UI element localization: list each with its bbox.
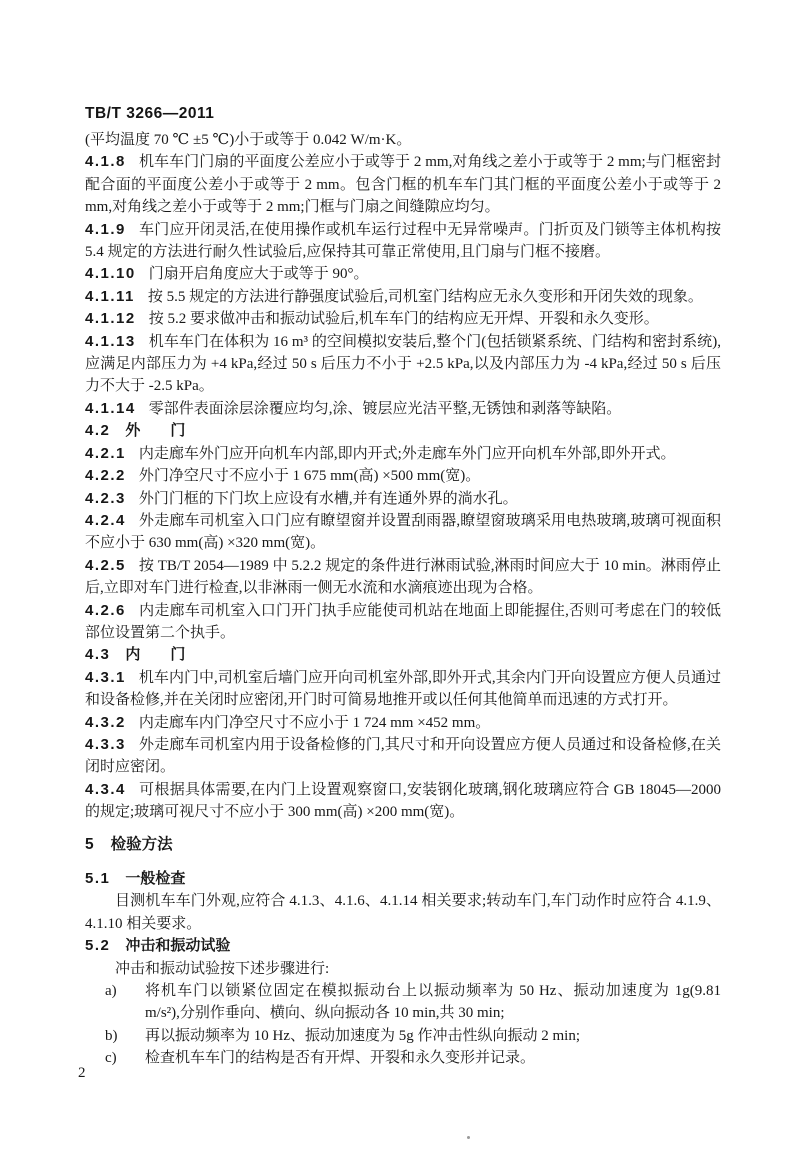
clause-text: 内走廊车司机室入口门开门执手应能使司机站在地面上即能握住,否则可考虑在门的较低部… xyxy=(85,603,721,641)
clause-text: 外走廊车司机室内用于设备检修的门,其尺寸和开向设置应方便人员通过和设备检修,在关… xyxy=(85,737,721,775)
clause-number: 4.2.2 xyxy=(85,467,126,484)
clause-text: 机车车门门扇的平面度公差应小于或等于 2 mm,对角线之差小于或等于 2 mm;… xyxy=(85,154,721,215)
clause-text: 外 门 xyxy=(125,422,185,439)
clause-number: 4.3 xyxy=(85,646,110,663)
clause-4.1.13: 4.1.13机车车门在体积为 16 m³ 的空间模拟安装后,整个门(包括锁紧系统… xyxy=(85,331,721,398)
clause-text: 门扇开启角度应大于或等于 90°。 xyxy=(149,266,369,282)
clause-4.1.9: 4.1.9车门应开闭灵活,在使用操作或机车运行过程中无异常噪声。门折页及门锁等主… xyxy=(85,219,721,264)
clause-number: 4.1.13 xyxy=(85,333,136,350)
clause-4.1.11: 4.1.11按 5.5 规定的方法进行静强度试验后,司机室门结构应无永久变形和开… xyxy=(85,286,721,308)
clause-4.2.6: 4.2.6内走廊车司机室入口门开门执手应能使司机站在地面上即能握住,否则可考虑在… xyxy=(85,600,721,645)
clause-number: 4.1.11 xyxy=(85,288,135,305)
clause-4.2.2: 4.2.2外门净空尺寸不应小于 1 675 mm(高) ×500 mm(宽)。 xyxy=(85,465,721,487)
heading-5: 5检验方法 xyxy=(85,834,721,856)
page-number: 2 xyxy=(78,1062,86,1084)
clause-text: 按 TB/T 2054—1989 中 5.2.2 规定的条件进行淋雨试验,淋雨时… xyxy=(85,558,721,596)
clause-number: 4.2 xyxy=(85,422,110,439)
list-item-a: a)将机车门以锁紧位固定在模拟振动台上以振动频率为 50 Hz、振动加速度为 1… xyxy=(85,980,721,1025)
clause-number: 4.2.6 xyxy=(85,602,126,619)
list-item-text: 检查机车车门的结构是否有开焊、开裂和永久变形并记录。 xyxy=(145,1050,535,1066)
clause-number: 5.1 xyxy=(85,870,110,887)
clause-4.3.2: 4.3.2内走廊车内门净空尺寸不应小于 1 724 mm ×452 mm。 xyxy=(85,712,721,734)
list-marker: b) xyxy=(105,1025,118,1047)
paragraph: 冲击和振动试验按下述步骤进行: xyxy=(85,958,721,980)
heading-4.3: 4.3内 门 xyxy=(85,644,721,666)
list-item-text: 再以振动频率为 10 Hz、振动加速度为 5g 作冲击性纵向振动 2 min; xyxy=(145,1028,580,1044)
clause-number: 5 xyxy=(85,836,95,853)
list-marker: a) xyxy=(105,980,117,1002)
heading-5.1: 5.1一般检查 xyxy=(85,868,721,890)
clause-number: 4.2.3 xyxy=(85,490,126,507)
clause-text: 内 门 xyxy=(125,646,185,663)
clause-number: 4.1.8 xyxy=(85,153,126,170)
clause-4.1.10: 4.1.10门扇开启角度应大于或等于 90°。 xyxy=(85,263,721,285)
clause-4.2.5: 4.2.5按 TB/T 2054—1989 中 5.2.2 规定的条件进行淋雨试… xyxy=(85,555,721,600)
clause-number: 4.3.1 xyxy=(85,669,126,686)
clause-text: 内走廊车内门净空尺寸不应小于 1 724 mm ×452 mm。 xyxy=(139,715,490,731)
clause-number: 4.1.9 xyxy=(85,221,126,238)
clause-number: 4.3.3 xyxy=(85,736,126,753)
clause-text: 一般检查 xyxy=(125,870,185,887)
clause-number: 4.1.14 xyxy=(85,400,136,417)
list-item-c: c)检查机车车门的结构是否有开焊、开裂和永久变形并记录。 xyxy=(85,1047,721,1069)
scan-speck xyxy=(467,1136,470,1139)
clause-text: 零部件表面涂层涂覆应均匀,涂、镀层应光洁平整,无锈蚀和剥落等缺陷。 xyxy=(149,401,622,417)
clause-number: 4.2.1 xyxy=(85,445,126,462)
clause-4.1.12: 4.1.12按 5.2 要求做冲击和振动试验后,机车车门的结构应无开焊、开裂和永… xyxy=(85,308,721,330)
heading-5.2: 5.2冲击和振动试验 xyxy=(85,935,721,957)
clause-text: 可根据具体需要,在内门上设置观察窗口,安装钢化玻璃,钢化玻璃应符合 GB 180… xyxy=(85,782,721,820)
document-body: (平均温度 70 ℃ ±5 ℃)小于或等于 0.042 W/m·K。4.1.8机… xyxy=(85,129,721,1070)
clause-4.1.14: 4.1.14零部件表面涂层涂覆应均匀,涂、镀层应光洁平整,无锈蚀和剥落等缺陷。 xyxy=(85,398,721,420)
clause-number: 5.2 xyxy=(85,937,110,954)
clause-text: 外门净空尺寸不应小于 1 675 mm(高) ×500 mm(宽)。 xyxy=(139,468,480,484)
clause-number: 4.3.4 xyxy=(85,781,126,798)
paragraph: (平均温度 70 ℃ ±5 ℃)小于或等于 0.042 W/m·K。 xyxy=(85,129,721,151)
clause-4.3.3: 4.3.3外走廊车司机室内用于设备检修的门,其尺寸和开向设置应方便人员通过和设备… xyxy=(85,734,721,779)
clause-4.2.1: 4.2.1内走廊车外门应开向机车内部,即内开式;外走廊车外门应开向机车外部,即外… xyxy=(85,443,721,465)
clause-number: 4.1.10 xyxy=(85,265,136,282)
clause-text: 机车车门在体积为 16 m³ 的空间模拟安装后,整个门(包括锁紧系统、门结构和密… xyxy=(85,334,721,395)
clause-text: 机车内门中,司机室后墙门应开向司机室外部,即外开式,其余内门开向设置应方便人员通… xyxy=(85,670,721,708)
clause-text: 外门门框的下门坎上应设有水槽,并有连通外界的淌水孔。 xyxy=(139,491,518,507)
clause-4.2.3: 4.2.3外门门框的下门坎上应设有水槽,并有连通外界的淌水孔。 xyxy=(85,488,721,510)
list-item-text: 将机车门以锁紧位固定在模拟振动台上以振动频率为 50 Hz、振动加速度为 1g(… xyxy=(145,983,721,1021)
document-standard-number: TB/T 3266—2011 xyxy=(85,105,214,123)
clause-number: 4.2.4 xyxy=(85,512,126,529)
clause-text: 车门应开闭灵活,在使用操作或机车运行过程中无异常噪声。门折页及门锁等主体机构按 … xyxy=(85,222,721,260)
clause-text: 按 5.5 规定的方法进行静强度试验后,司机室门结构应无永久变形和开闭失效的现象… xyxy=(148,289,703,305)
document-page: TB/T 3266—2011 (平均温度 70 ℃ ±5 ℃)小于或等于 0.0… xyxy=(0,0,800,1162)
heading-4.2: 4.2外 门 xyxy=(85,420,721,442)
clause-4.3.4: 4.3.4可根据具体需要,在内门上设置观察窗口,安装钢化玻璃,钢化玻璃应符合 G… xyxy=(85,779,721,824)
clause-4.1.8: 4.1.8机车车门门扇的平面度公差应小于或等于 2 mm,对角线之差小于或等于 … xyxy=(85,151,721,218)
paragraph: 目测机车车门外观,应符合 4.1.3、4.1.6、4.1.14 相关要求;转动车… xyxy=(85,890,721,935)
clause-text: 外走廊车司机室入口门应有瞭望窗并设置刮雨器,瞭望窗玻璃采用电热玻璃,玻璃可视面积… xyxy=(85,513,721,551)
clause-number: 4.2.5 xyxy=(85,557,126,574)
clause-number: 4.3.2 xyxy=(85,714,126,731)
clause-4.2.4: 4.2.4外走廊车司机室入口门应有瞭望窗并设置刮雨器,瞭望窗玻璃采用电热玻璃,玻… xyxy=(85,510,721,555)
clause-4.3.1: 4.3.1机车内门中,司机室后墙门应开向司机室外部,即外开式,其余内门开向设置应… xyxy=(85,667,721,712)
list-item-b: b)再以振动频率为 10 Hz、振动加速度为 5g 作冲击性纵向振动 2 min… xyxy=(85,1025,721,1047)
clause-number: 4.1.12 xyxy=(85,310,136,327)
clause-text: 内走廊车外门应开向机车内部,即内开式;外走廊车外门应开向机车外部,即外开式。 xyxy=(139,446,676,462)
list-marker: c) xyxy=(105,1047,117,1069)
clause-text: 按 5.2 要求做冲击和振动试验后,机车车门的结构应无开焊、开裂和永久变形。 xyxy=(149,311,659,327)
clause-text: 检验方法 xyxy=(111,836,173,853)
clause-text: 冲击和振动试验 xyxy=(125,937,230,954)
